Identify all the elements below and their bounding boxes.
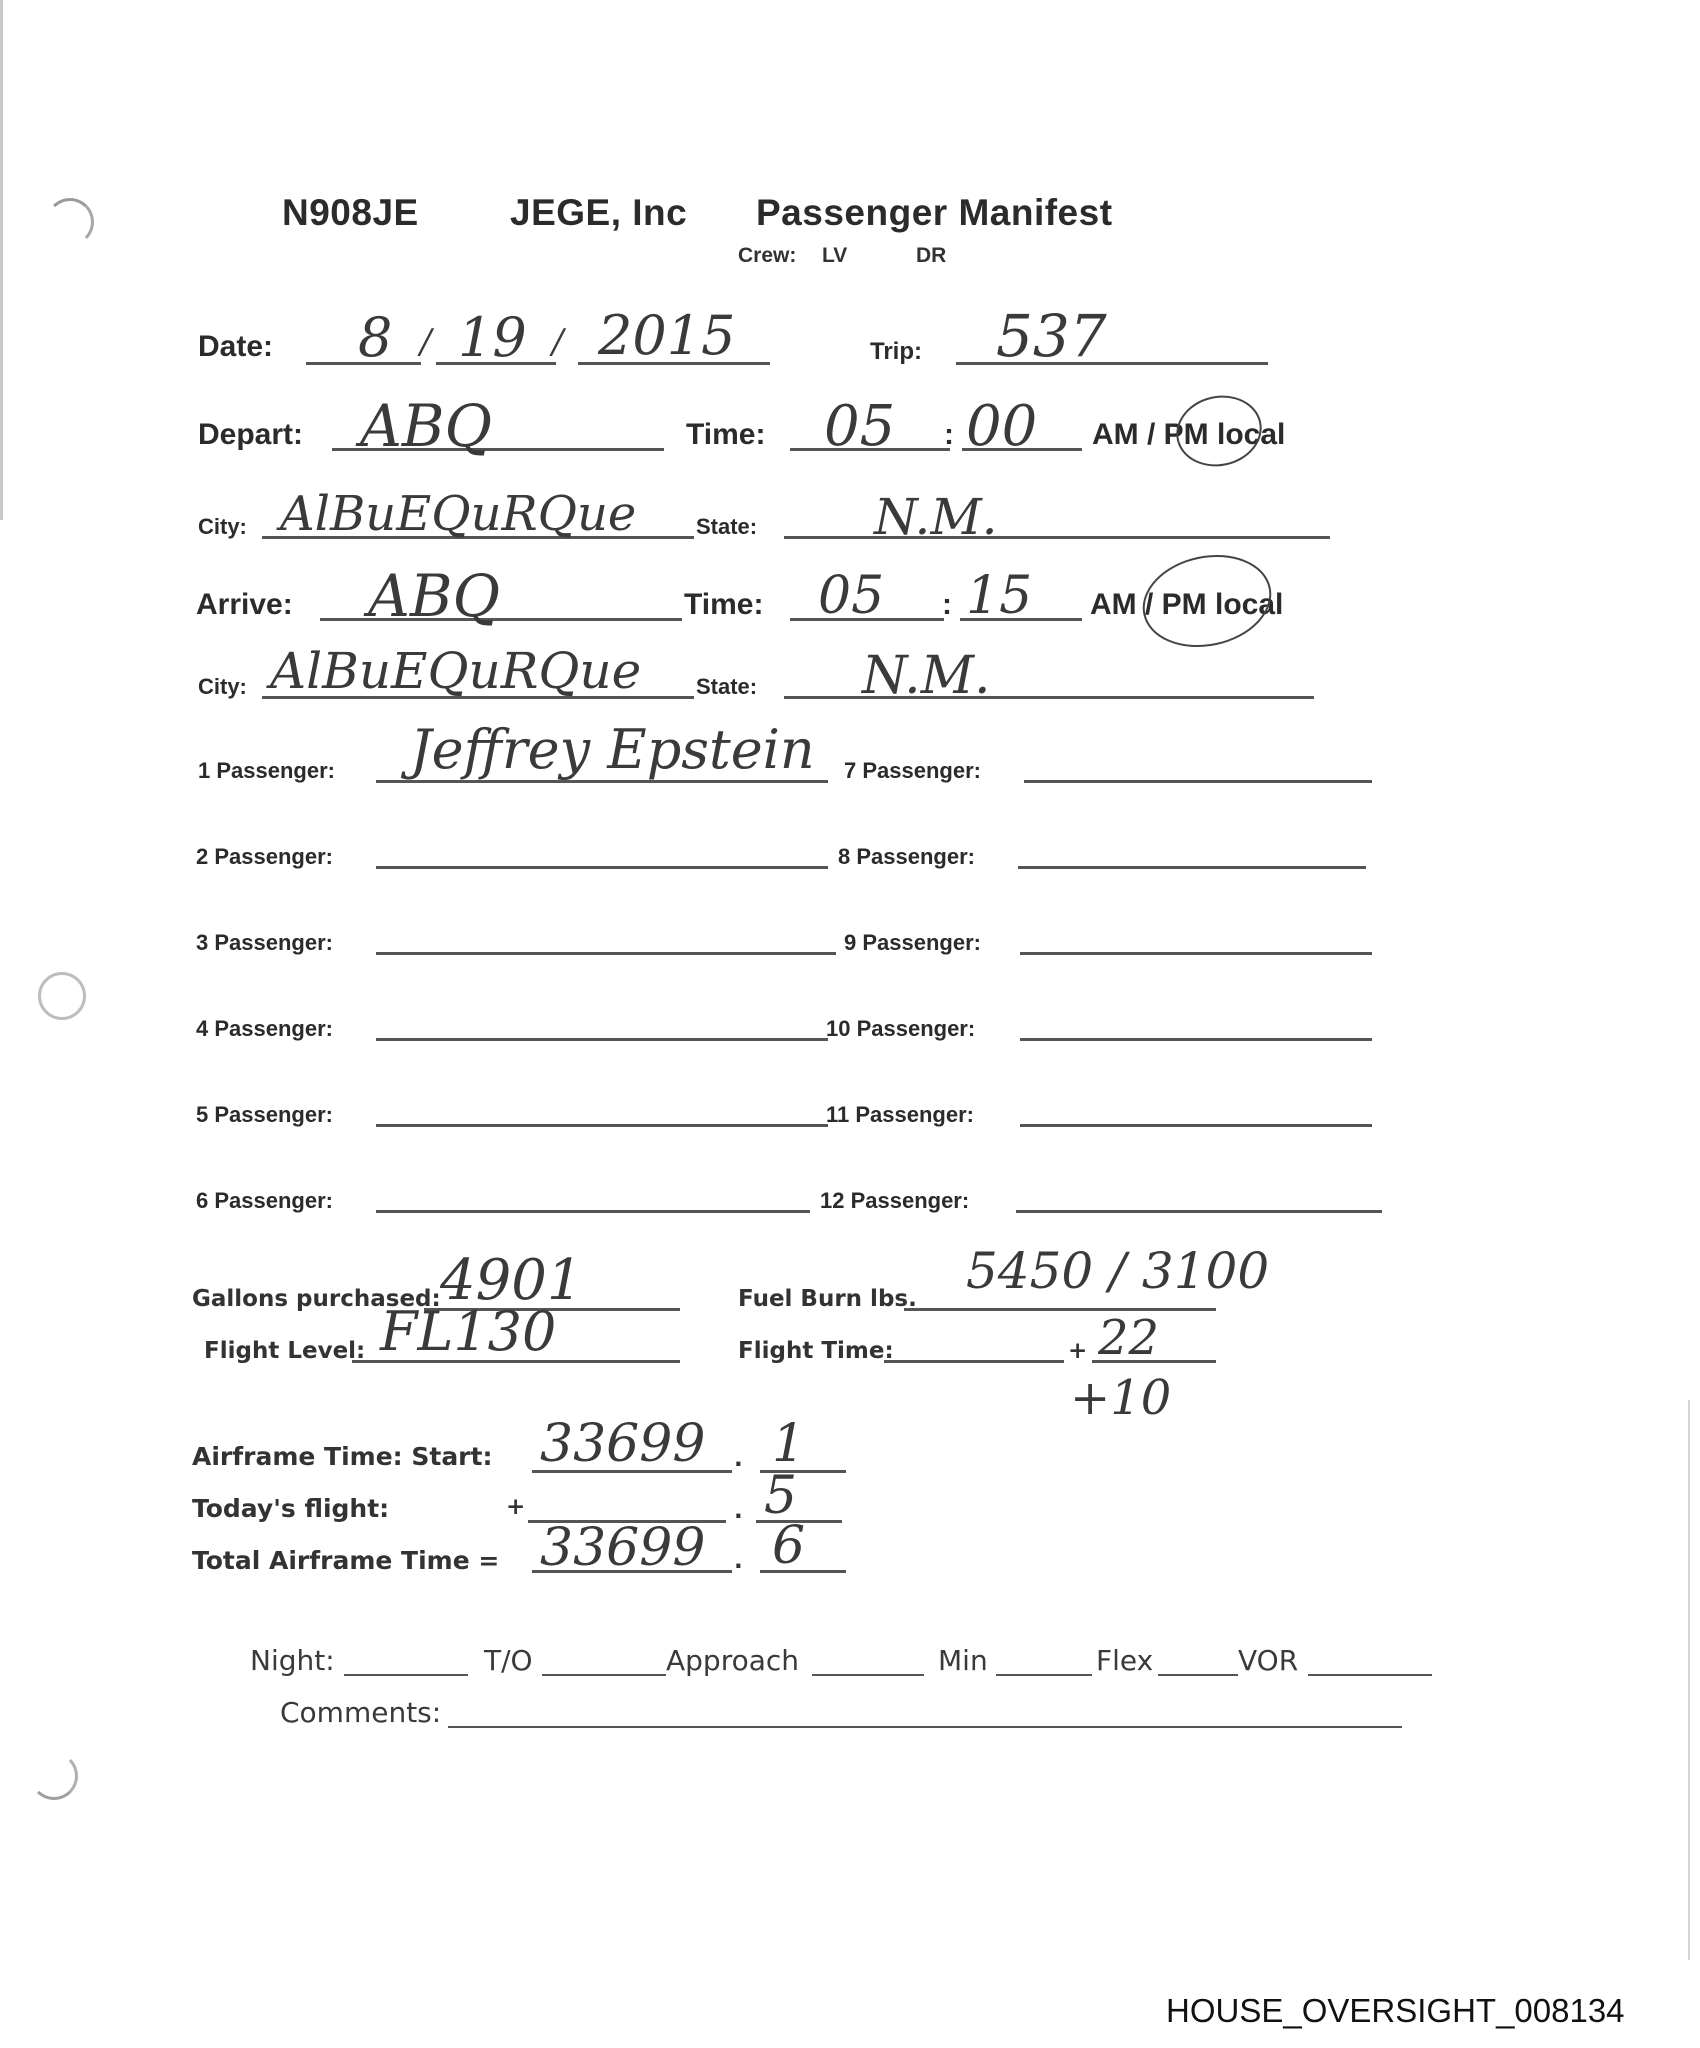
passenger-6-label: 6 Passenger: [196,1188,333,1214]
pm-circled-mark [1134,543,1280,658]
passenger-6-field[interactable] [376,1210,810,1213]
night-label: Night: [250,1644,335,1677]
arrive-state-label: State: [696,674,757,700]
arrive-minute-value: 15 [966,566,1032,626]
passenger-1-label: 1 Passenger: [198,758,335,784]
manifest-page: N908JE JEGE, Inc Passenger Manifest Crew… [0,0,1700,2048]
passenger-9-label: 9 Passenger: [844,930,981,956]
passenger-5-label: 5 Passenger: [196,1102,333,1128]
airframe-start-label: Airframe Time: Start: [192,1442,492,1471]
form-title: Passenger Manifest [756,192,1113,234]
decimal-dot: . [734,1548,743,1574]
comments-label: Comments: [280,1696,441,1729]
time-colon: : [944,418,954,452]
passenger-3-field[interactable] [376,952,836,955]
date-label: Date: [198,330,273,364]
passenger-12-label: 12 Passenger: [820,1188,969,1214]
approach-label: Approach [666,1644,799,1677]
fuel-burn-value: 5450 / 3100 [966,1242,1269,1300]
passenger-8-field[interactable] [1018,866,1366,869]
arrive-label: Arrive: [196,588,293,622]
takeoff-label: T/O [484,1644,533,1677]
flight-level-label: Flight Level: [204,1338,365,1364]
depart-hour-value: 05 [824,394,895,459]
passenger-2-field[interactable] [376,866,828,869]
time-colon: : [942,588,952,622]
trip-label: Trip: [870,338,922,366]
date-separator: / [552,322,563,362]
trip-number-value: 537 [996,302,1107,370]
vor-label: VOR [1238,1644,1298,1677]
depart-airport-value: ABQ [360,392,492,460]
passenger-10-label: 10 Passenger: [826,1016,975,1042]
passenger-11-label: 11 Passenger: [826,1102,974,1128]
flight-time-label: Flight Time: [738,1338,894,1364]
date-month-value: 8 [358,306,392,369]
arrive-time-label: Time: [684,588,763,622]
passenger-9-field[interactable] [1020,952,1372,955]
passenger-1-signature: Jeffrey Epstein [410,718,815,781]
flex-label: Flex [1096,1644,1153,1677]
crew-member: LV [822,244,847,268]
depart-city-label: City: [198,514,247,540]
depart-state-label: State: [696,514,757,540]
fuel-burn-field[interactable] [904,1308,1216,1311]
binder-hole-icon [46,198,94,246]
todays-flight-label: Today's flight: [192,1494,389,1523]
depart-time-label: Time: [686,418,765,452]
passenger-10-field[interactable] [1020,1038,1372,1041]
min-field[interactable] [996,1674,1092,1676]
passenger-7-field[interactable] [1024,780,1372,783]
pm-circled-mark [1170,388,1269,474]
min-label: Min [938,1644,988,1677]
passenger-4-label: 4 Passenger: [196,1016,333,1042]
passenger-2-label: 2 Passenger: [196,844,333,870]
flight-time-hours-field[interactable] [884,1360,1064,1363]
passenger-12-field[interactable] [1016,1210,1382,1213]
date-separator: / [420,322,431,362]
bates-number: HOUSE_OVERSIGHT_008134 [1166,1992,1625,2030]
total-airframe-label: Total Airframe Time = [192,1546,499,1575]
date-day-value: 19 [458,306,527,369]
approach-field[interactable] [812,1674,924,1676]
date-year-value: 2015 [598,304,735,367]
arrive-airport-value: ABQ [368,562,500,630]
arrive-hour-value: 05 [818,566,884,626]
arrive-state-value: N.M. [862,646,990,706]
passenger-4-field[interactable] [376,1038,828,1041]
fuel-burn-label: Fuel Burn lbs. [738,1286,917,1312]
decimal-dot: . [734,1498,743,1524]
crew-label: Crew: [738,244,796,268]
depart-minute-value: 00 [966,394,1037,459]
depart-city-value: AlBuEQuRQue [280,486,636,542]
flight-time-minutes-value: 22 [1098,1310,1159,1366]
depart-state-value: N.M. [874,488,998,546]
airframe-start-whole: 33699 [540,1414,705,1474]
tail-number: N908JE [282,192,419,234]
total-airframe-tenth: 6 [772,1516,805,1576]
depart-label: Depart: [198,418,303,452]
airframe-start-tenth: 1 [772,1414,805,1474]
comments-field[interactable] [448,1726,1402,1728]
total-airframe-whole: 33699 [540,1518,705,1578]
passenger-11-field[interactable] [1020,1124,1372,1127]
flight-time-plus: + [1068,1338,1087,1364]
scan-edge-left [0,0,3,520]
passenger-8-label: 8 Passenger: [838,844,975,870]
scan-edge-right [1688,1400,1690,1960]
arrive-city-value: AlBuEQuRQue [270,642,641,700]
night-field[interactable] [344,1674,468,1676]
depart-state-field[interactable] [784,536,1330,539]
passenger-5-field[interactable] [376,1124,828,1127]
todays-flight-plus: + [506,1494,525,1520]
binder-hole-icon [38,972,86,1020]
takeoff-field[interactable] [542,1674,666,1676]
vor-field[interactable] [1308,1674,1432,1676]
flight-level-value: FL130 [380,1300,556,1363]
flex-field[interactable] [1158,1674,1238,1676]
crew-member: DR [916,244,946,268]
decimal-dot: . [734,1446,743,1472]
company-name: JEGE, Inc [510,192,687,234]
flight-time-extra-value: +10 [1070,1370,1171,1426]
passenger-7-label: 7 Passenger: [844,758,981,784]
arrive-city-label: City: [198,674,247,700]
passenger-3-label: 3 Passenger: [196,930,333,956]
binder-hole-icon [30,1752,78,1800]
